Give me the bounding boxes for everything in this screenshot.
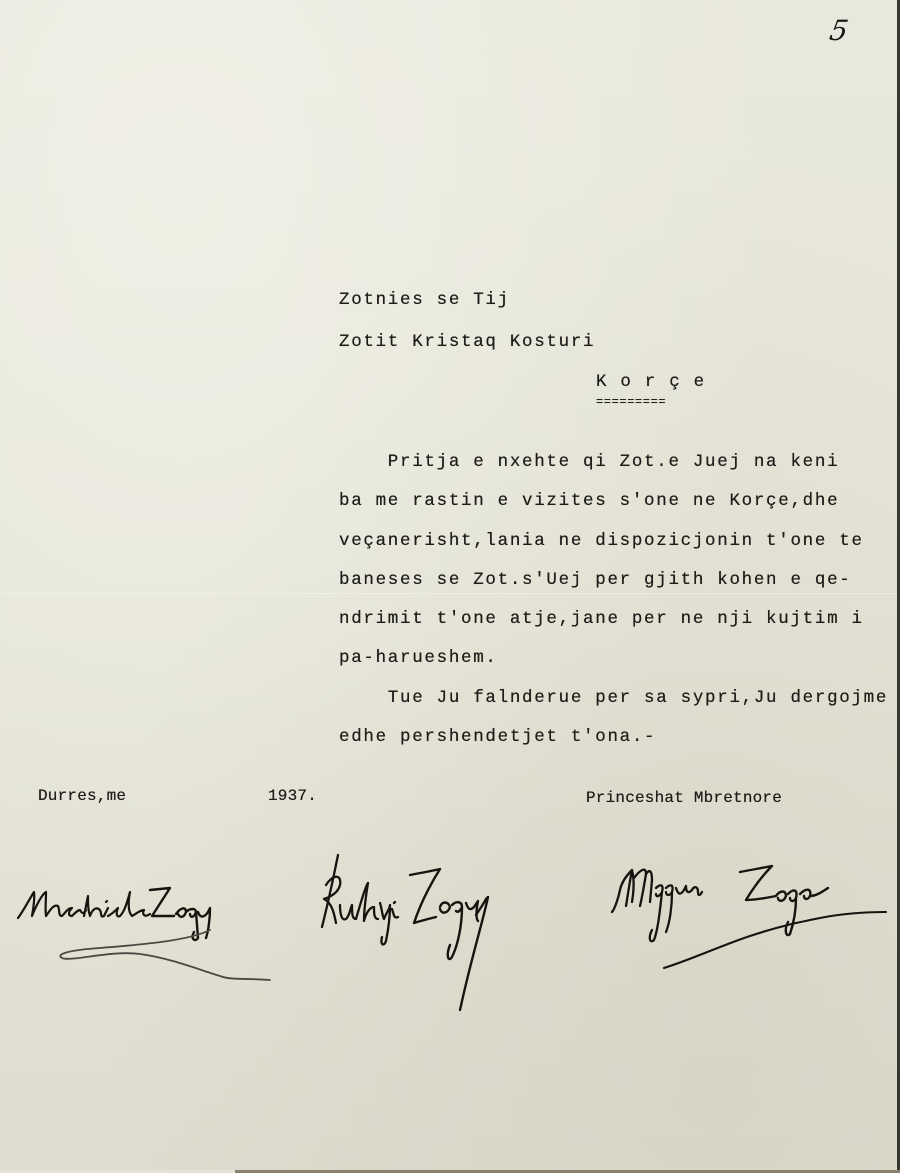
body-line: veçanerisht,lania ne dispozicjonin t'one… bbox=[339, 533, 864, 551]
addressee-city-underline: ========= bbox=[596, 396, 666, 408]
signature-maxhide-icon bbox=[0, 840, 300, 990]
year: 1937. bbox=[268, 788, 317, 804]
body-line: ndrimit t'one atje,jane per ne nji kujti… bbox=[339, 611, 864, 629]
body-line: Tue Ju falnderue per sa sypri,Ju dergojm… bbox=[339, 690, 888, 708]
sender: Princeshat Mbretnore bbox=[586, 790, 782, 806]
place-date: Durres,me bbox=[38, 788, 126, 804]
body-line: ba me rastin e vizites s'one ne Korçe,dh… bbox=[339, 493, 839, 511]
paper-fold-line bbox=[0, 593, 897, 594]
body-line: Pritja e nxehte qi Zot.e Juej na keni bbox=[339, 454, 839, 472]
signature-ruhije-icon bbox=[290, 845, 550, 1020]
addressee-line-1: Zotnies se Tij bbox=[339, 292, 510, 310]
addressee-line-2: Zotit Kristaq Kosturi bbox=[339, 334, 595, 352]
signature-myzejen-icon bbox=[600, 850, 900, 985]
body-line: baneses se Zot.s'Uej per gjith kohen e q… bbox=[339, 572, 851, 590]
addressee-city: K o r ç e bbox=[596, 374, 706, 392]
body-line: edhe pershendetjet t'ona.- bbox=[339, 729, 656, 747]
body-line: pa-harueshem. bbox=[339, 650, 498, 668]
